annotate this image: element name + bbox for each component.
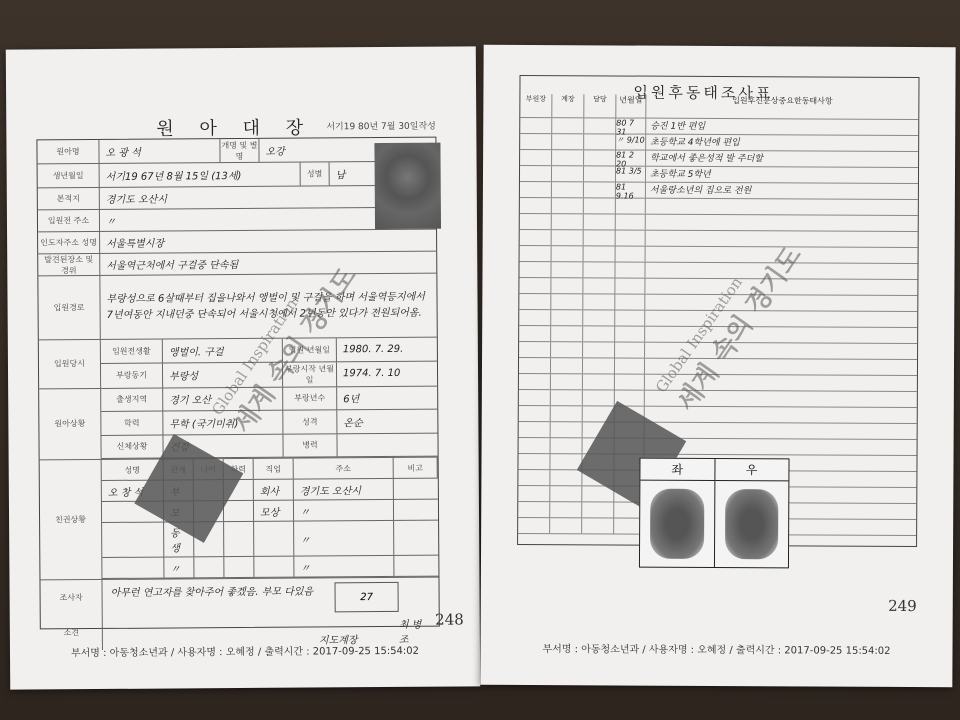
entry-text [646,215,918,231]
entry-date [615,278,645,293]
entry-date [616,230,646,245]
stamp-box: 27 [334,582,398,612]
entry-date [615,342,645,357]
field-value: 6년 [337,387,365,410]
field-label: 개명 및 별명 [219,139,259,162]
page-title: 원 아 대 장 [156,114,313,141]
field-label: 인도자주소 성명 [38,232,100,253]
field-value: 1980. 7. 29. [337,338,410,361]
section-label: 원아상황 [39,389,100,460]
entry-date [615,262,645,277]
field-label: 조사자 [40,580,101,615]
field-label: 학력 [101,412,163,435]
column-header: 비고 [394,458,438,478]
family-job [254,522,294,556]
field-value: 오강 [259,139,290,162]
entry-text: 승진 1반 편입 [646,119,918,135]
entry-text [645,423,917,439]
family-row: 동생〃 [102,521,438,558]
approval-header: 계장 [552,94,584,117]
entry-text [645,311,917,327]
entry-text: 초등학교 4학년에 편입 [646,135,918,151]
entry-text: 초등학교 5학년 [646,167,918,183]
field-label: 발견된장소 및 경위 [38,254,100,275]
entry-date [615,374,645,389]
field-label: 입원전생활 [101,340,163,363]
document-date: 서기19 80년 7월 30일작성 [326,119,436,133]
print-footer: 부서명 : 아동청소년과 / 사용자명 : 오혜정 / 출력시간 : 2017-… [10,641,480,659]
entry-date [615,294,645,309]
field-value: 서울역근처에서 구걸중 단속됨 [100,253,244,275]
entry-date [616,214,646,229]
field-value: 1974. 7. 10 [337,361,406,385]
field-label: 성격 [283,410,337,433]
family-job [254,557,294,577]
entry-date: 80 7 31 [616,118,646,133]
right-document-page: 입원후동태조사표 부원장계장담당년월일입원후신분상중요한동태사항80 7 31승… [480,45,955,687]
column-header: 직업 [254,459,294,479]
field-value: 서기19 67년 8월 15일 (13세) [100,163,300,187]
left-fingerprint [650,489,704,559]
field-value: 온순 [337,410,368,433]
field-value: 남 [330,162,352,185]
field-label: 병력 [283,434,337,457]
field-label: 출생지역 [101,388,163,411]
entry-date: 81 3/5 [616,166,646,181]
left-hand-label: 좌 [640,459,714,481]
page-number: 248 [435,610,464,628]
field-label: 생년월일 [38,164,100,187]
field-label: 성별 [300,162,330,185]
right-fingerprint [724,489,778,559]
entry-date [616,198,646,213]
page-number: 249 [888,597,917,615]
approval-header: 담당 [584,94,616,117]
field-value: 오 광 석 [99,139,219,163]
field-label: 입원전 주소 [38,210,100,231]
entry-date: 81 2 20 [616,150,646,165]
left-document-page: 원 아 대 장 서기19 80년 7월 30일작성 원아명오 광 석개명 및 별… [6,46,480,689]
field-label: 부랑년수 [283,387,337,410]
field-value [337,434,349,457]
entry-date: 〃 9/10 [616,134,646,149]
field-value: 경기도 오산시 [100,187,173,209]
field-label: 부랑동기 [101,363,163,387]
admission-row: 신체상황건강병력 [101,433,437,459]
entry-text: 학교에서 좋은성적 발 주더할 [646,151,918,167]
field-label: 입원경로 [38,276,100,339]
section-label: 친권상황 [40,460,103,579]
entry-text [646,199,918,215]
print-footer: 부서명 : 아동청소년과 / 사용자명 : 오혜정 / 출력시간 : 2017-… [480,640,952,657]
field-label: 원아명 [37,140,99,163]
investigator-note: 아무런 연고자를 찾아주어 좋겠음. 부모 다있음 [104,580,319,600]
family-name [102,523,164,557]
field-value: 서울특별시장 [100,232,170,253]
approval-header: 부원장 [520,94,552,117]
family-row: 〃〃 [102,556,438,579]
entry-text: 서울랑소년의 집으로 전원 [646,183,918,199]
family-address: 〃 [294,521,394,556]
field-value: 〃 [100,210,122,231]
entry-date [615,358,645,373]
family-relation: 〃 [164,557,194,577]
fingerprint-box: 좌 우 [639,458,790,569]
family-name [102,558,164,578]
right-hand-label: 우 [715,459,789,481]
entry-date [615,326,645,341]
entry-date [616,246,646,261]
child-photo [374,143,441,229]
family-address: 〃 [294,500,394,521]
column-header: 주소 [294,458,394,479]
field-label: 본적지 [38,188,100,209]
page-title: 입원후동태조사표 [633,82,773,104]
family-address: 〃 [294,556,394,577]
section-label: 입원당시 [39,340,100,389]
field-label: 신체상황 [101,435,163,458]
entry-date [615,310,645,325]
family-address: 경기도 오산시 [294,479,394,500]
entry-date: 81 9.16 [616,182,646,197]
family-job: 모상 [254,501,294,521]
family-job: 회사 [254,480,294,500]
